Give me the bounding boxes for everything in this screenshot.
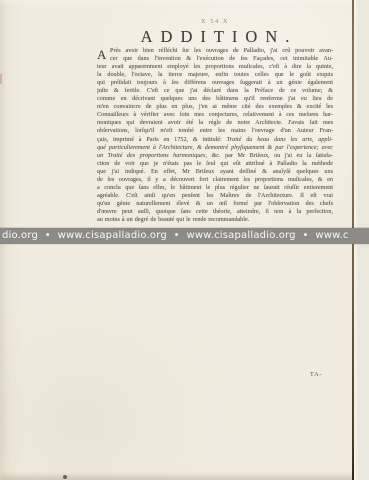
watermark-text: dio.org • www.cisapalladio.org • www.cis… (0, 228, 369, 244)
text-line: Près avoir bien réfléchi ſur les ouvrage… (97, 47, 333, 55)
text-line: la double, l'octave, la tierce majeure, … (97, 71, 333, 79)
text-line: de ſes ouvrages, il y a découvert fort c… (97, 176, 333, 184)
text-line: juſte & fertile. C'eſt ce que j'ai décla… (97, 87, 333, 95)
text-line: teur avait apparemment employé les propo… (97, 63, 333, 71)
text-line: d'œuvre peut auſſi, quoique ſans cette t… (97, 208, 333, 216)
catchword: TA- (97, 371, 333, 378)
text-line: a conclu que ſans elles, le bâtiment le … (97, 184, 333, 192)
text-line: agréable. C'eſt ainſi qu'en penſent les … (97, 192, 333, 200)
book-page-scan: X 54 X ADDITION. A Près avoir bien réflé… (0, 0, 369, 480)
text-line: qué particulierement à l'Architecture, &… (97, 144, 333, 152)
page-number-mark: X 54 X (97, 18, 333, 25)
text-line: obſervations, lorſqu'il m'eſt tombé entr… (97, 127, 333, 135)
paper-mark (0, 74, 2, 84)
text-line: qu'un génie naturellement élevé & un œil… (97, 200, 333, 208)
text-line: qui préſidait toujours à ſes différens o… (97, 79, 333, 87)
text-line: comme en décrivant quelques uns des bâti… (97, 95, 333, 103)
body-paragraph: A Près avoir bien réfléchi ſur les ouvra… (97, 47, 333, 224)
text-line: un Traité des proportions harmoniques, &… (97, 152, 333, 160)
text-line: ction de voir que je n'étais pas le ſeul… (97, 160, 333, 168)
text-line: au moins à un degré de beauté qui le ren… (97, 216, 333, 224)
text-line: Connaiſſeurs à vérifier avec ſoin mes co… (97, 111, 333, 119)
watermark-band: dio.org • www.cisapalladio.org • www.cis… (0, 228, 369, 244)
text-line: çais, imprimé à Paris en 1752, & intitul… (97, 136, 333, 144)
text-line: m'en convaincre de plus en plus, j'en ai… (97, 103, 333, 111)
page-title: ADDITION. (97, 27, 333, 47)
text-line: moniques qui devraient avoir été la régl… (97, 119, 333, 127)
paper-speck (63, 475, 67, 479)
drop-cap: A (97, 48, 106, 61)
text-line: cer que dans l'invention & l'exécution d… (97, 55, 333, 63)
text-line: que j'ai indiqué. En effet, Mr Briſeux a… (97, 168, 333, 176)
